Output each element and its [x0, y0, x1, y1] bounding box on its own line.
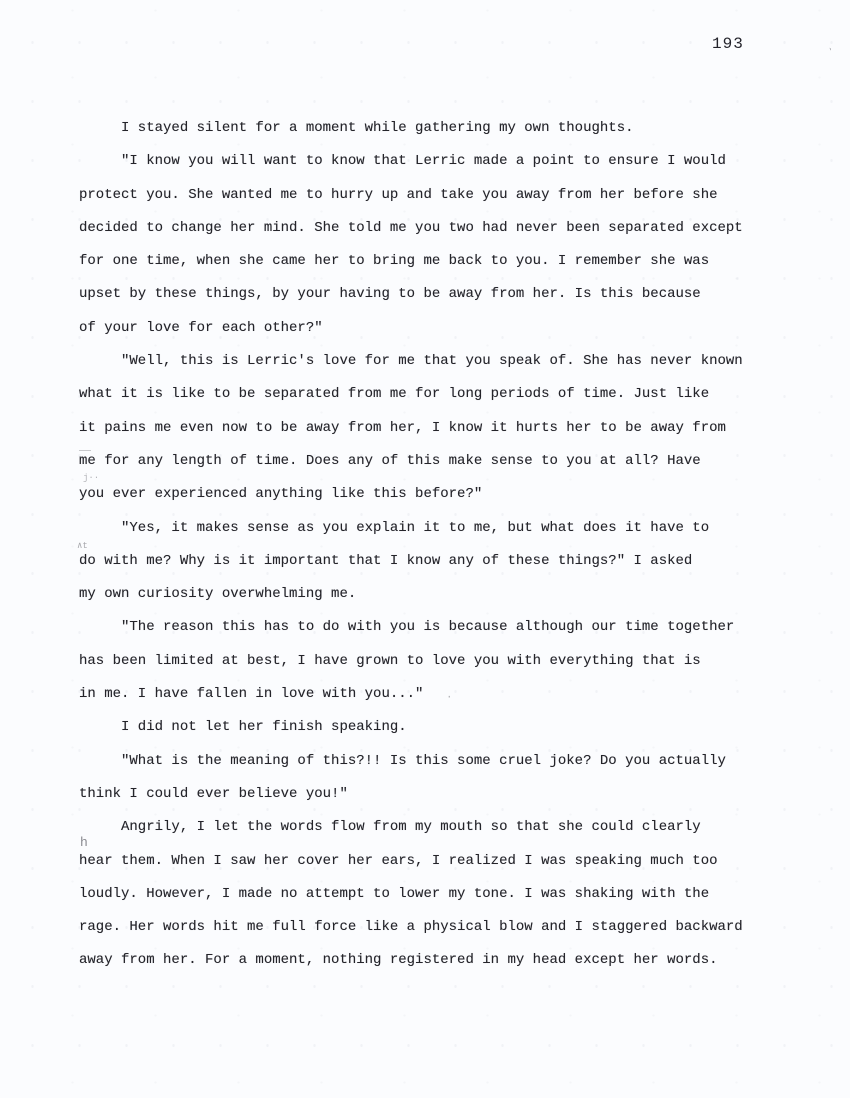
page-number: 193 — [712, 35, 744, 53]
text-line: in me. I have fallen in love with you...… — [79, 678, 779, 711]
text-line: do with me? Why is it important that I k… — [79, 545, 779, 578]
text-line: loudly. However, I made no attempt to lo… — [79, 878, 779, 911]
text-line: I stayed silent for a moment while gathe… — [79, 112, 779, 145]
text-line: hear them. When I saw her cover her ears… — [79, 845, 779, 878]
text-line: Angrily, I let the words flow from my mo… — [79, 811, 779, 844]
text-line: my own curiosity overwhelming me. — [79, 578, 779, 611]
manuscript-page: 193 I stayed silent for a moment while g… — [0, 0, 850, 1098]
text-line: think I could ever believe you!" — [79, 778, 779, 811]
text-line: it pains me even now to be away from her… — [79, 412, 779, 445]
text-line: has been limited at best, I have grown t… — [79, 645, 779, 678]
text-line: "What is the meaning of this?!! Is this … — [79, 745, 779, 778]
text-line: protect you. She wanted me to hurry up a… — [79, 179, 779, 212]
text-line: upset by these things, by your having to… — [79, 278, 779, 311]
text-line: decided to change her mind. She told me … — [79, 212, 779, 245]
text-line: "The reason this has to do with you is b… — [79, 611, 779, 644]
text-line: you ever experienced anything like this … — [79, 478, 779, 511]
text-line: rage. Her words hit me full force like a… — [79, 911, 779, 944]
text-line: for one time, when she came her to bring… — [79, 245, 779, 278]
text-line: I did not let her finish speaking. — [79, 711, 779, 744]
text-line: what it is like to be separated from me … — [79, 378, 779, 411]
text-line: "Well, this is Lerric's love for me that… — [79, 345, 779, 378]
body-text: I stayed silent for a moment while gathe… — [79, 112, 779, 978]
text-line: me for any length of time. Does any of t… — [79, 445, 779, 478]
text-line: "Yes, it makes sense as you explain it t… — [79, 512, 779, 545]
stray-tick-top-right-artifact: ` — [821, 45, 835, 61]
text-line: "I know you will want to know that Lerri… — [79, 145, 779, 178]
text-line: away from her. For a moment, nothing reg… — [79, 944, 779, 977]
text-line: of your love for each other?" — [79, 312, 779, 345]
